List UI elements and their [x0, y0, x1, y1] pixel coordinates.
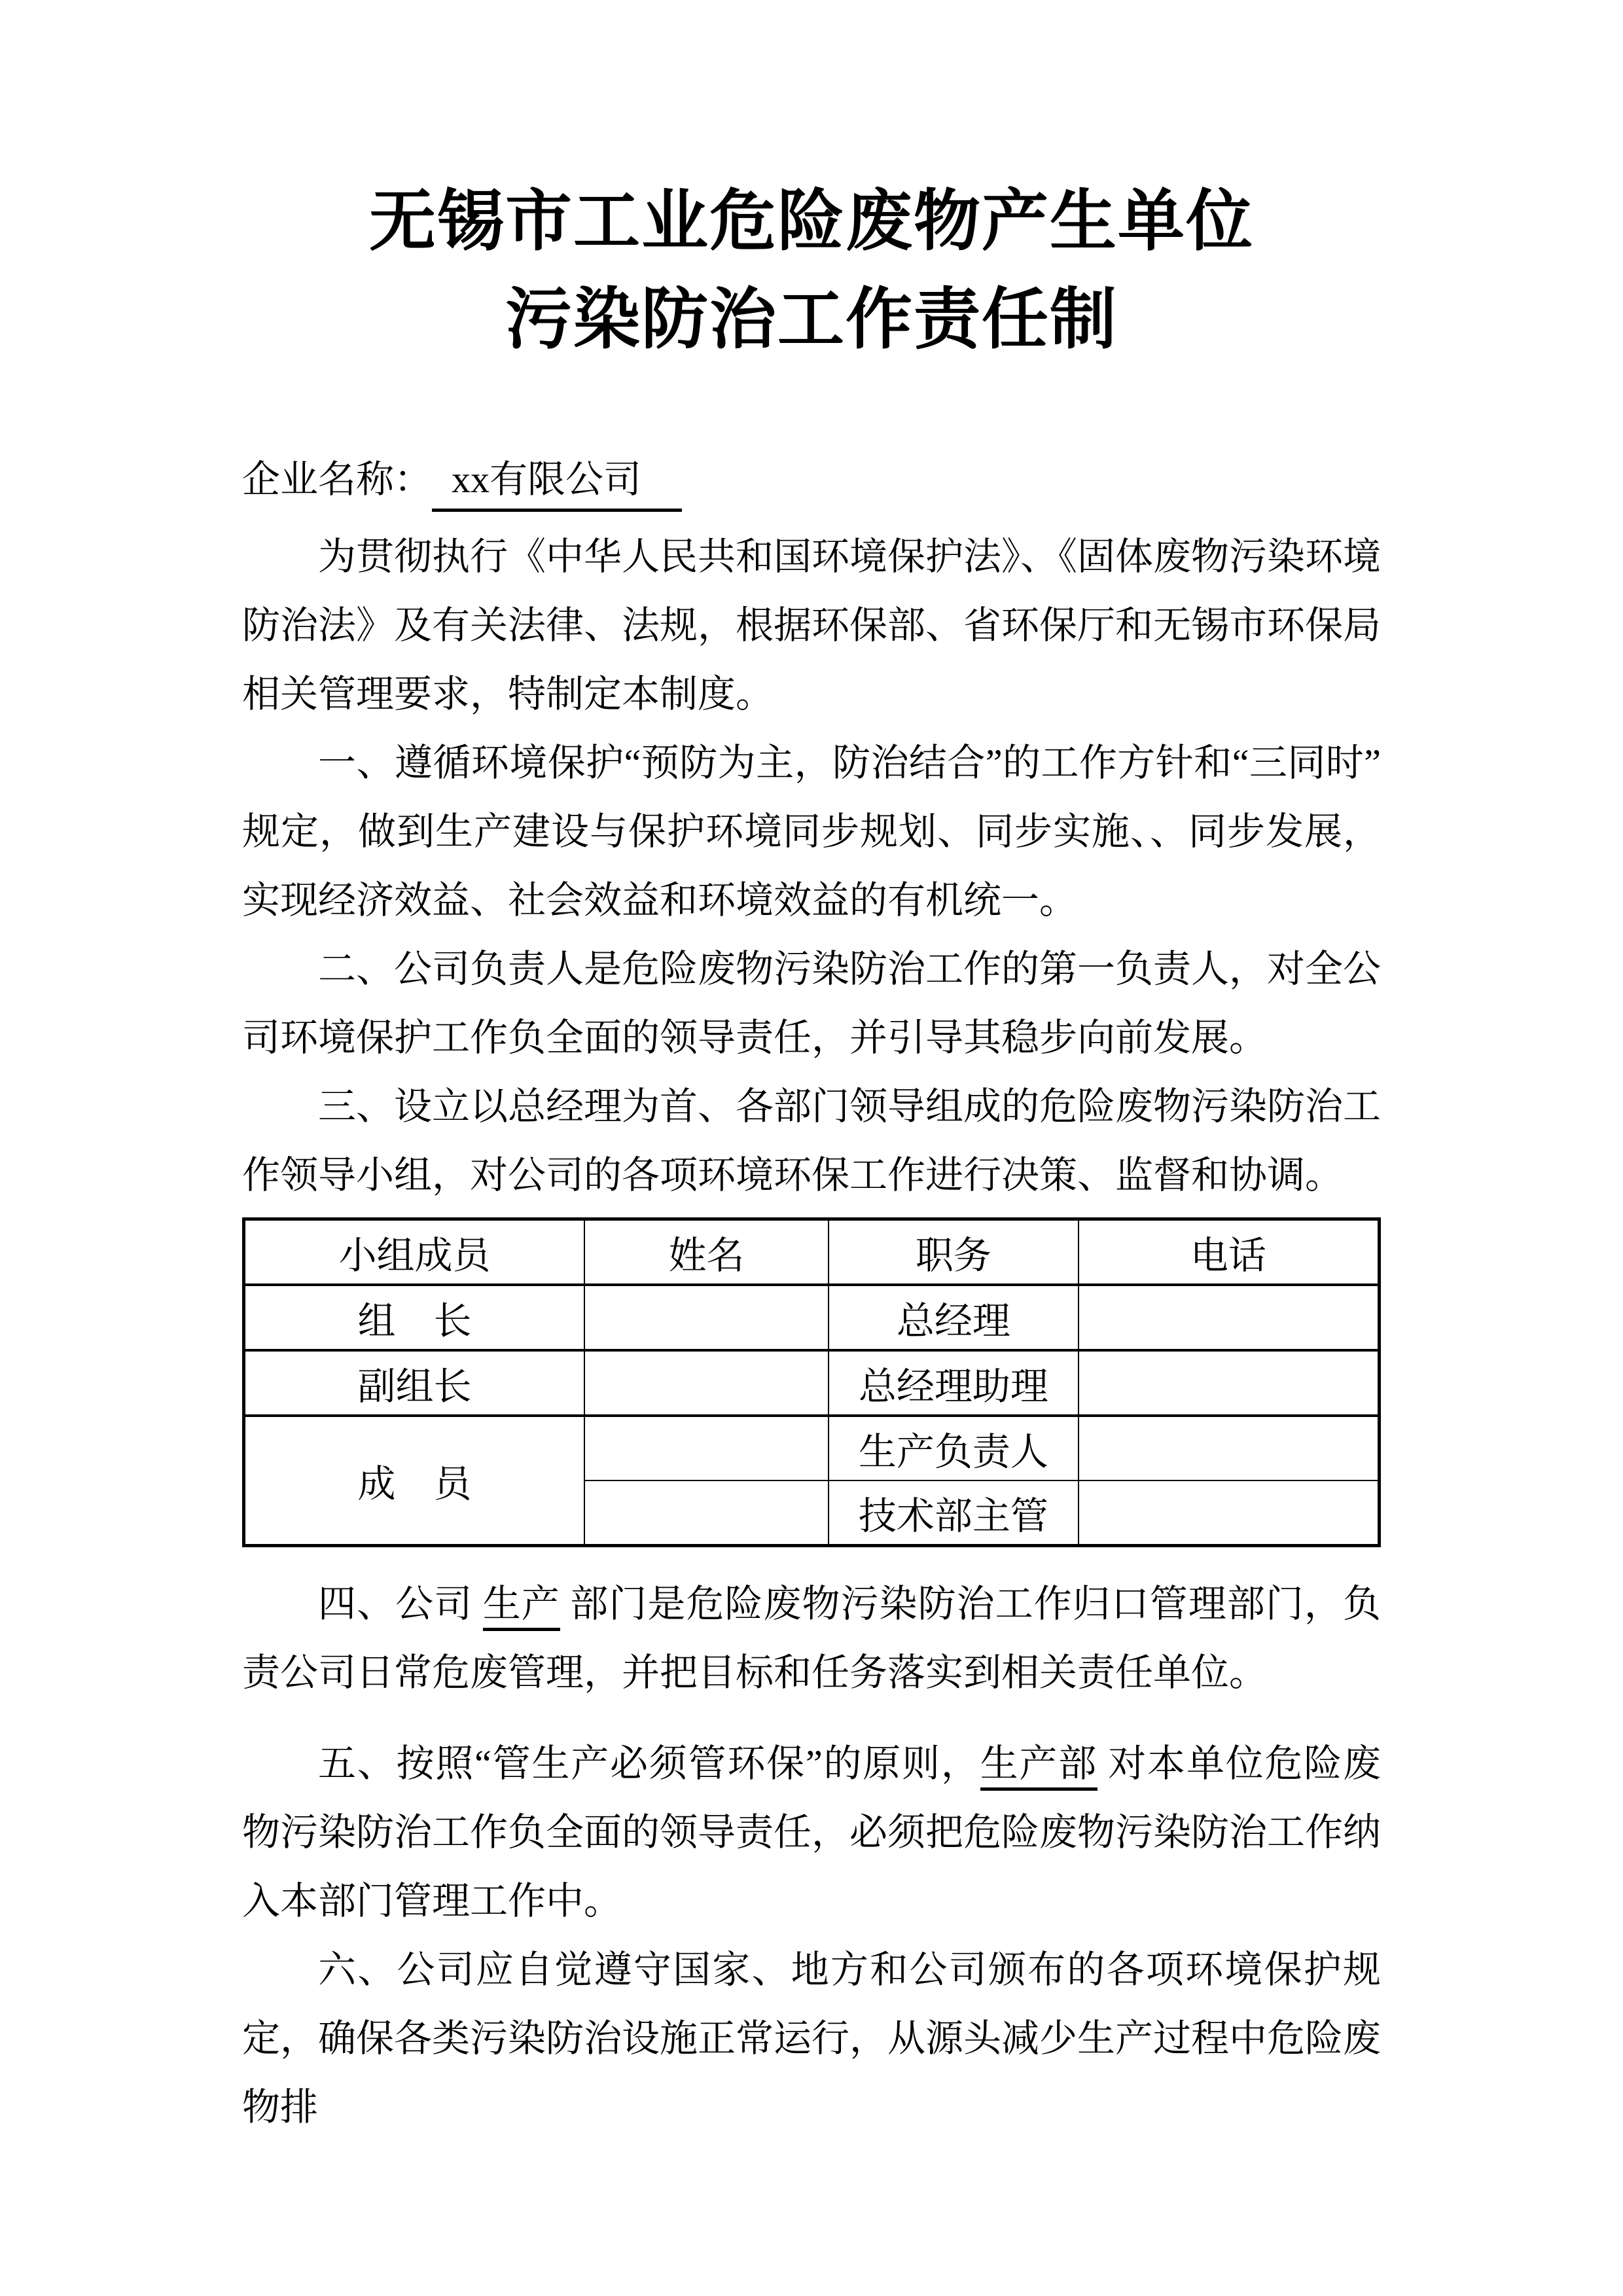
item-5-underlined-department: 生产部: [980, 1742, 1097, 1791]
paragraph-item-2: 二、公司负责人是危险废物污染防治工作的第一负责人，对全公司环境保护工作负全面的领…: [242, 935, 1381, 1072]
title-line-2: 污染防治工作责任制: [242, 272, 1381, 370]
table-header-name: 姓名: [584, 1219, 829, 1285]
cell-phone-member-1: [1079, 1416, 1380, 1480]
document-title: 无锡市工业危险废物产生单位 污染防治工作责任制: [242, 173, 1381, 370]
table-row-member-1: 成 员 生产负责人: [244, 1416, 1380, 1480]
company-name-value: xx有限公司: [432, 456, 682, 512]
cell-name-member-2: [584, 1480, 829, 1546]
table-header-position: 职务: [829, 1219, 1079, 1285]
paragraph-item-4: 四、公司 生产 部门是危险废物污染防治工作归口管理部门，负责公司日常危废管理，并…: [242, 1570, 1381, 1707]
title-line-1: 无锡市工业危险废物产生单位: [242, 173, 1381, 272]
item-4-underlined-department: 生产: [483, 1583, 560, 1631]
cell-name-leader: [584, 1285, 829, 1350]
cell-phone-leader: [1079, 1285, 1380, 1350]
cell-role-members: 成 员: [244, 1416, 585, 1546]
cell-position-deputy: 总经理助理: [829, 1350, 1079, 1416]
cell-role-leader: 组 长: [244, 1285, 585, 1350]
cell-role-deputy: 副组长: [244, 1350, 585, 1416]
cell-position-leader: 总经理: [829, 1285, 1079, 1350]
table-header-phone: 电话: [1079, 1219, 1380, 1285]
item-5-text-pre: 五、按照“管生产必须管环保”的原则，: [318, 1742, 980, 1785]
paragraph-item-5: 五、按照“管生产必须管环保”的原则，生产部 对本单位危险废物污染防治工作负全面的…: [242, 1729, 1381, 1935]
company-name-line: 企业名称：xx有限公司: [242, 456, 1381, 512]
paragraph-intro: 为贯彻执行《中华人民共和国环境保护法》、《固体废物污染环境防治法》及有关法律、法…: [242, 522, 1381, 728]
leadership-team-table: 小组成员 姓名 职务 电话 组 长 总经理 副组长 总经理助理: [242, 1217, 1381, 1547]
cell-position-member-2: 技术部主管: [829, 1480, 1079, 1546]
cell-name-deputy: [584, 1350, 829, 1416]
cell-name-member-1: [584, 1416, 829, 1480]
table-row-leader: 组 长 总经理: [244, 1285, 1380, 1350]
company-name-label: 企业名称：: [242, 458, 432, 501]
paragraph-item-1: 一、遵循环境保护“预防为主，防治结合”的工作方针和“三同时”规定，做到生产建设与…: [242, 728, 1381, 935]
table-header-group-member: 小组成员: [244, 1219, 585, 1285]
document-page: 无锡市工业危险废物产生单位 污染防治工作责任制 企业名称：xx有限公司 为贯彻执…: [0, 0, 1623, 2296]
table-row-deputy-leader: 副组长 总经理助理: [244, 1350, 1380, 1416]
cell-phone-deputy: [1079, 1350, 1380, 1416]
cell-phone-member-2: [1079, 1480, 1380, 1546]
paragraph-item-3: 三、设立以总经理为首、各部门领导组成的危险废物污染防治工作领导小组，对公司的各项…: [242, 1072, 1381, 1210]
paragraph-item-6: 六、公司应自觉遵守国家、地方和公司颁布的各项环境保护规定，确保各类污染防治设施正…: [242, 1935, 1381, 2142]
table-header-row: 小组成员 姓名 职务 电话: [244, 1219, 1380, 1285]
document-body: 为贯彻执行《中华人民共和国环境保护法》、《固体废物污染环境防治法》及有关法律、法…: [242, 522, 1381, 2142]
item-4-text-pre: 四、公司: [318, 1583, 483, 1625]
document-content: 无锡市工业危险废物产生单位 污染防治工作责任制 企业名称：xx有限公司 为贯彻执…: [242, 173, 1381, 2142]
cell-position-member-1: 生产负责人: [829, 1416, 1079, 1480]
